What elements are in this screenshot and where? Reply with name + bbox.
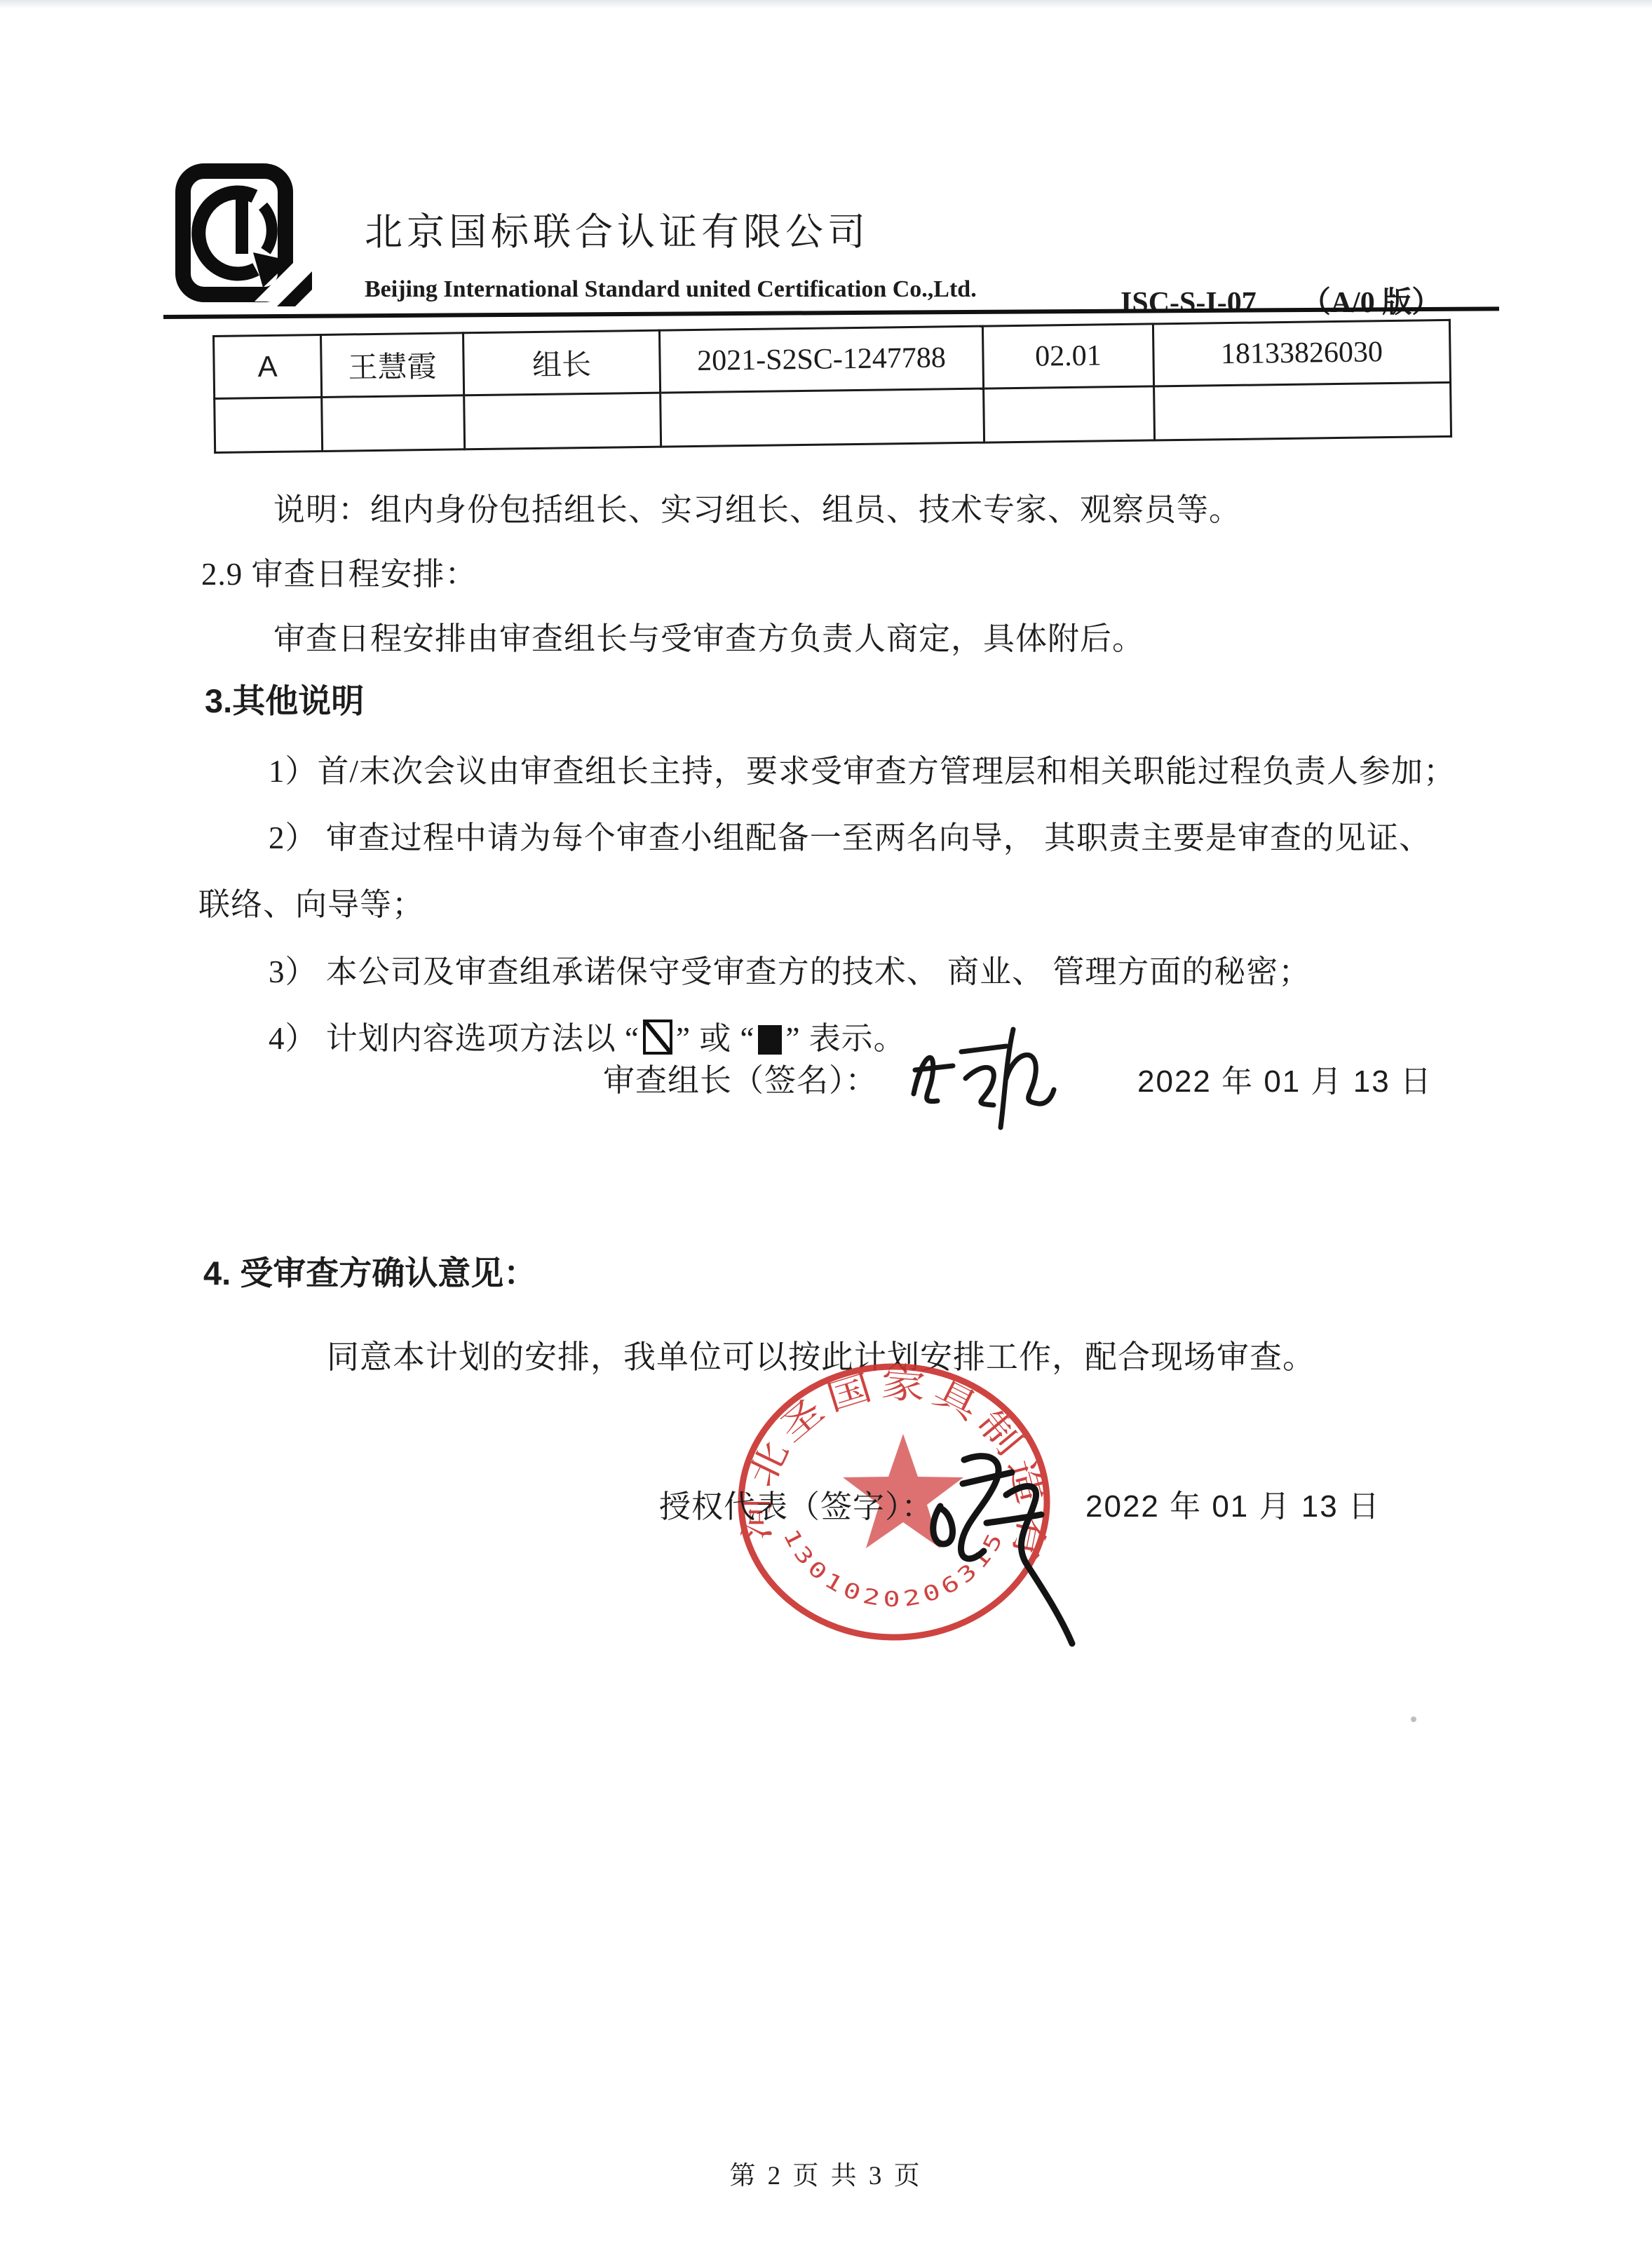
cell-cert-no: 2021-S2SC-1247788 [659, 326, 983, 393]
audit-team-table: A 王慧霞 组长 2021-S2SC-1247788 02.01 1813382… [212, 319, 1452, 454]
page-number: 第 2 页 共 3 页 [0, 2154, 1652, 2192]
cell-cert-no [661, 388, 984, 447]
cell-role [464, 393, 661, 449]
scan-edge-artifact [0, 0, 1652, 8]
document-code: ISC-S-I-07（A/0 版） [1120, 279, 1441, 321]
cell-code: A [214, 334, 322, 398]
rep-signature-label: 授权代表（签字）： [659, 1481, 934, 1526]
cell-code [215, 397, 323, 452]
cell-date: 02.01 [982, 324, 1153, 388]
scanned-document-page: { "header": { "company_zh": "北京国标联合认证有限公… [0, 0, 1652, 2255]
company-name-en: Beijing International Standard united Ce… [365, 276, 977, 303]
cell-name [322, 395, 465, 452]
note-item-2: 2） 审查过程中请为每个审查小组配备一至两名向导， 其职责主要是审查的见证、 [269, 812, 1431, 858]
checkbox-slashed-icon [643, 1020, 672, 1055]
note-item-4-post: ” 表示。 [785, 1021, 905, 1056]
leader-handwritten-signature [901, 1011, 1069, 1151]
doc-code-version: （A/0 版） [1301, 287, 1442, 319]
company-name-zh: 北京国标联合认证有限公司 [365, 202, 869, 256]
table-note: 说明：组内身份包括组长、实习组长、组员、技术专家、观察员等。 [273, 484, 1241, 529]
scan-speck-artifact [1411, 1716, 1416, 1722]
leader-signature-label: 审查组长（签名）： [603, 1055, 878, 1100]
note-item-3: 3） 本公司及审查组承诺保守受审查方的技术、 商业、 管理方面的秘密； [269, 946, 1311, 991]
cell-phone [1154, 382, 1451, 440]
section-2-9-body: 审查日程安排由审查组长与受审查方负责人商定，具体附后。 [273, 613, 1144, 658]
cell-phone: 18133826030 [1153, 320, 1450, 386]
rep-handwritten-signature [922, 1439, 1083, 1670]
note-item-4-pre: 4） 计划内容选项方法以 “ [269, 1021, 639, 1056]
section-4-title: 4. 受审查方确认意见： [203, 1247, 536, 1294]
cell-name: 王慧霞 [321, 333, 464, 398]
company-logo [172, 163, 312, 306]
section-3-title: 3.其他说明 [205, 675, 364, 722]
doc-code-number: ISC-S-I-07 [1120, 287, 1257, 319]
note-item-1: 1）首/末次会议由审查组长主持，要求受审查方管理层和相关职能过程负责人参加； [269, 745, 1456, 791]
note-item-4-mid: ” 或 “ [676, 1021, 754, 1056]
leader-signature-date: 2022 年 01 月 13 日 [1137, 1056, 1433, 1101]
cell-role: 组长 [463, 330, 660, 395]
cell-date [984, 386, 1155, 442]
section-2-9-title: 2.9 审查日程安排： [201, 548, 478, 594]
checkbox-filled-icon [758, 1025, 782, 1055]
note-item-2-continued: 联络、向导等； [198, 879, 424, 924]
note-item-4: 4） 计划内容选项方法以 “” 或 “” 表示。 [269, 1013, 906, 1058]
rep-signature-date: 2022 年 01 月 13 日 [1085, 1481, 1381, 1526]
